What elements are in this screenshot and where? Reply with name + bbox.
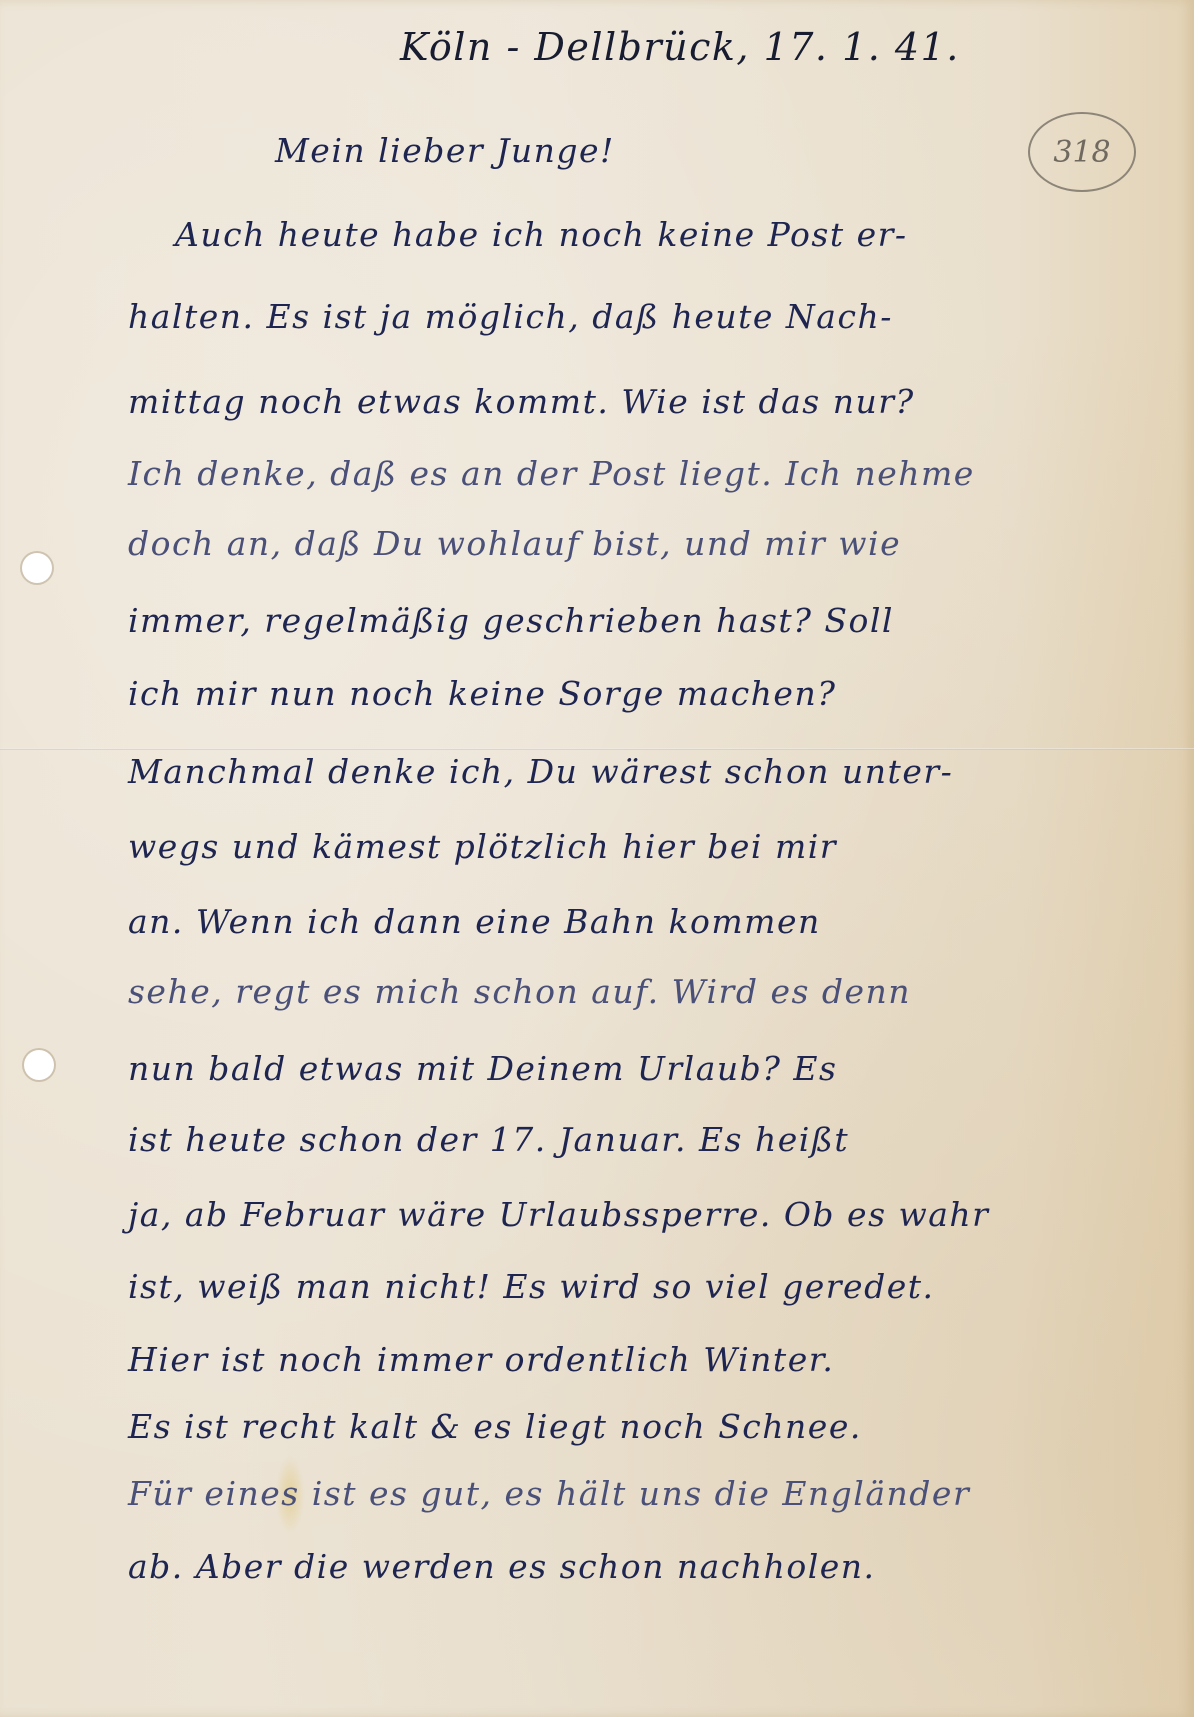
- letter-line: ist heute schon der 17. Januar. Es heißt: [128, 1123, 849, 1156]
- letter-line: sehe, regt es mich schon auf. Wird es de…: [128, 975, 911, 1008]
- letter-line: Es ist recht kalt & es liegt noch Schnee…: [128, 1410, 862, 1443]
- letter-line: wegs und kämest plötzlich hier bei mir: [128, 830, 837, 863]
- letter-line: ja, ab Februar wäre Urlaubssperre. Ob es…: [128, 1198, 989, 1231]
- letter-line: ab. Aber die werden es schon nachholen.: [128, 1550, 876, 1583]
- punch-hole-bottom: [24, 1050, 54, 1080]
- letter-line: halten. Es ist ja möglich, daß heute Nac…: [128, 300, 893, 333]
- scan-border: [1194, 0, 1200, 1717]
- letter-line: Hier ist noch immer ordentlich Winter.: [128, 1343, 834, 1376]
- letter-line: Für eines ist es gut, es hält uns die En…: [128, 1477, 970, 1510]
- letter-line: ist, weiß man nicht! Es wird so viel ger…: [128, 1270, 935, 1303]
- letter-line: Auch heute habe ich noch keine Post er-: [175, 218, 908, 251]
- letter-line: immer, regelmäßig geschrieben hast? Soll: [128, 604, 894, 637]
- punch-hole-top: [22, 553, 52, 583]
- letter-line: Manchmal denke ich, Du wärest schon unte…: [128, 755, 953, 788]
- letter-line: nun bald etwas mit Deinem Urlaub? Es: [128, 1052, 837, 1085]
- paper-fold-line: [0, 748, 1194, 750]
- letter-line: Ich denke, daß es an der Post liegt. Ich…: [128, 457, 975, 490]
- letter-line: an. Wenn ich dann eine Bahn kommen: [128, 905, 821, 938]
- archive-number-mark: 318: [1028, 112, 1136, 192]
- letter-line: doch an, daß Du wohlauf bist, und mir wi…: [128, 527, 901, 560]
- letter-page: Köln - Dellbrück, 17. 1. 41. 318 Mein li…: [0, 0, 1194, 1717]
- letter-line: mittag noch etwas kommt. Wie ist das nur…: [128, 385, 915, 418]
- letter-place-date: Köln - Dellbrück, 17. 1. 41.: [400, 28, 960, 66]
- letter-line: ich mir nun noch keine Sorge machen?: [128, 677, 836, 710]
- letter-salutation: Mein lieber Junge!: [275, 134, 615, 167]
